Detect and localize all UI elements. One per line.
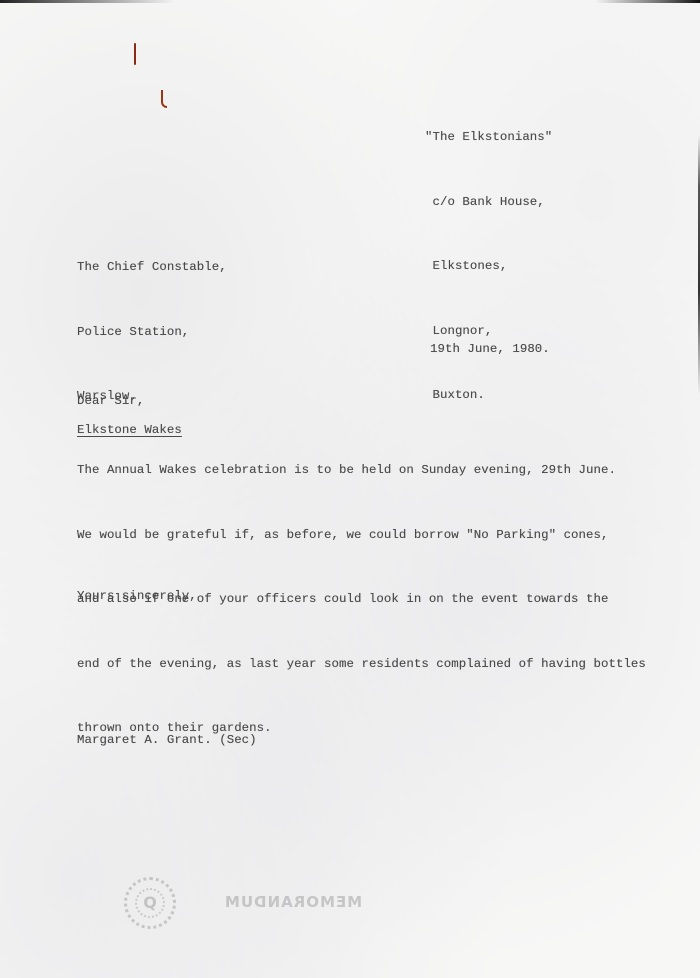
sender-address-line: c/o Bank House, — [425, 192, 552, 214]
rust-staple-mark — [134, 43, 136, 65]
closing: Yours sincerely, — [77, 543, 197, 651]
recipient-address-line: The Chief Constable, — [77, 257, 227, 279]
recipient-address-line: Police Station, — [77, 322, 227, 344]
date-text: 19th June, 1980. — [430, 339, 550, 361]
sender-address-line: Elkstones, — [425, 256, 552, 278]
sender-address-line: "The Elkstonians" — [425, 127, 552, 149]
closing-text: Yours sincerely, — [77, 586, 197, 608]
letter-page: "The Elkstonians" c/o Bank House, Elksto… — [0, 0, 700, 978]
circular-emblem-icon: Q — [124, 877, 176, 929]
signature-text: Margaret A. Grant. (Sec) — [77, 730, 257, 752]
watermark-text: MEMORANDUM — [224, 893, 362, 911]
memorandum-watermark: Q MEMORANDUM — [124, 877, 384, 933]
signature-block: Margaret A. Grant. (Sec) — [77, 687, 257, 795]
emblem-glyph: Q — [135, 888, 165, 918]
rust-staple-mark-curved — [161, 90, 167, 108]
scan-edge-shadow-top — [0, 0, 700, 3]
body-line: The Annual Wakes celebration is to be he… — [77, 460, 646, 482]
letter-date: 19th June, 1980. — [430, 296, 550, 404]
body-line: end of the evening, as last year some re… — [77, 654, 646, 676]
